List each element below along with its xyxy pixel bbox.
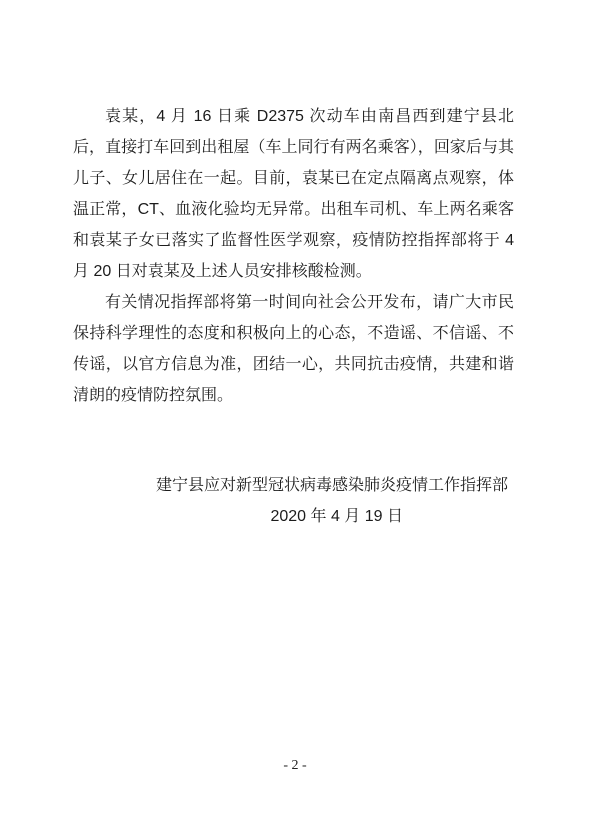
page-number: - 2 -: [0, 757, 590, 775]
paragraph-public-appeal: 有关情况指挥部将第一时间向社会公开发布，请广大市民保持科学理性的态度和积极向上的…: [73, 287, 514, 411]
signature-issuer: 建宁县应对新型冠状病毒感染肺炎疫情工作指挥部: [73, 470, 514, 501]
paragraph-case-details: 袁某，4 月 16 日乘 D2375 次动车由南昌西到建宁县北后，直接打车回到出…: [73, 101, 514, 287]
document-body: 袁某，4 月 16 日乘 D2375 次动车由南昌西到建宁县北后，直接打车回到出…: [73, 101, 514, 411]
document-page: 袁某，4 月 16 日乘 D2375 次动车由南昌西到建宁县北后，直接打车回到出…: [0, 0, 590, 828]
signature-date: 2020 年 4 月 19 日: [73, 501, 514, 532]
